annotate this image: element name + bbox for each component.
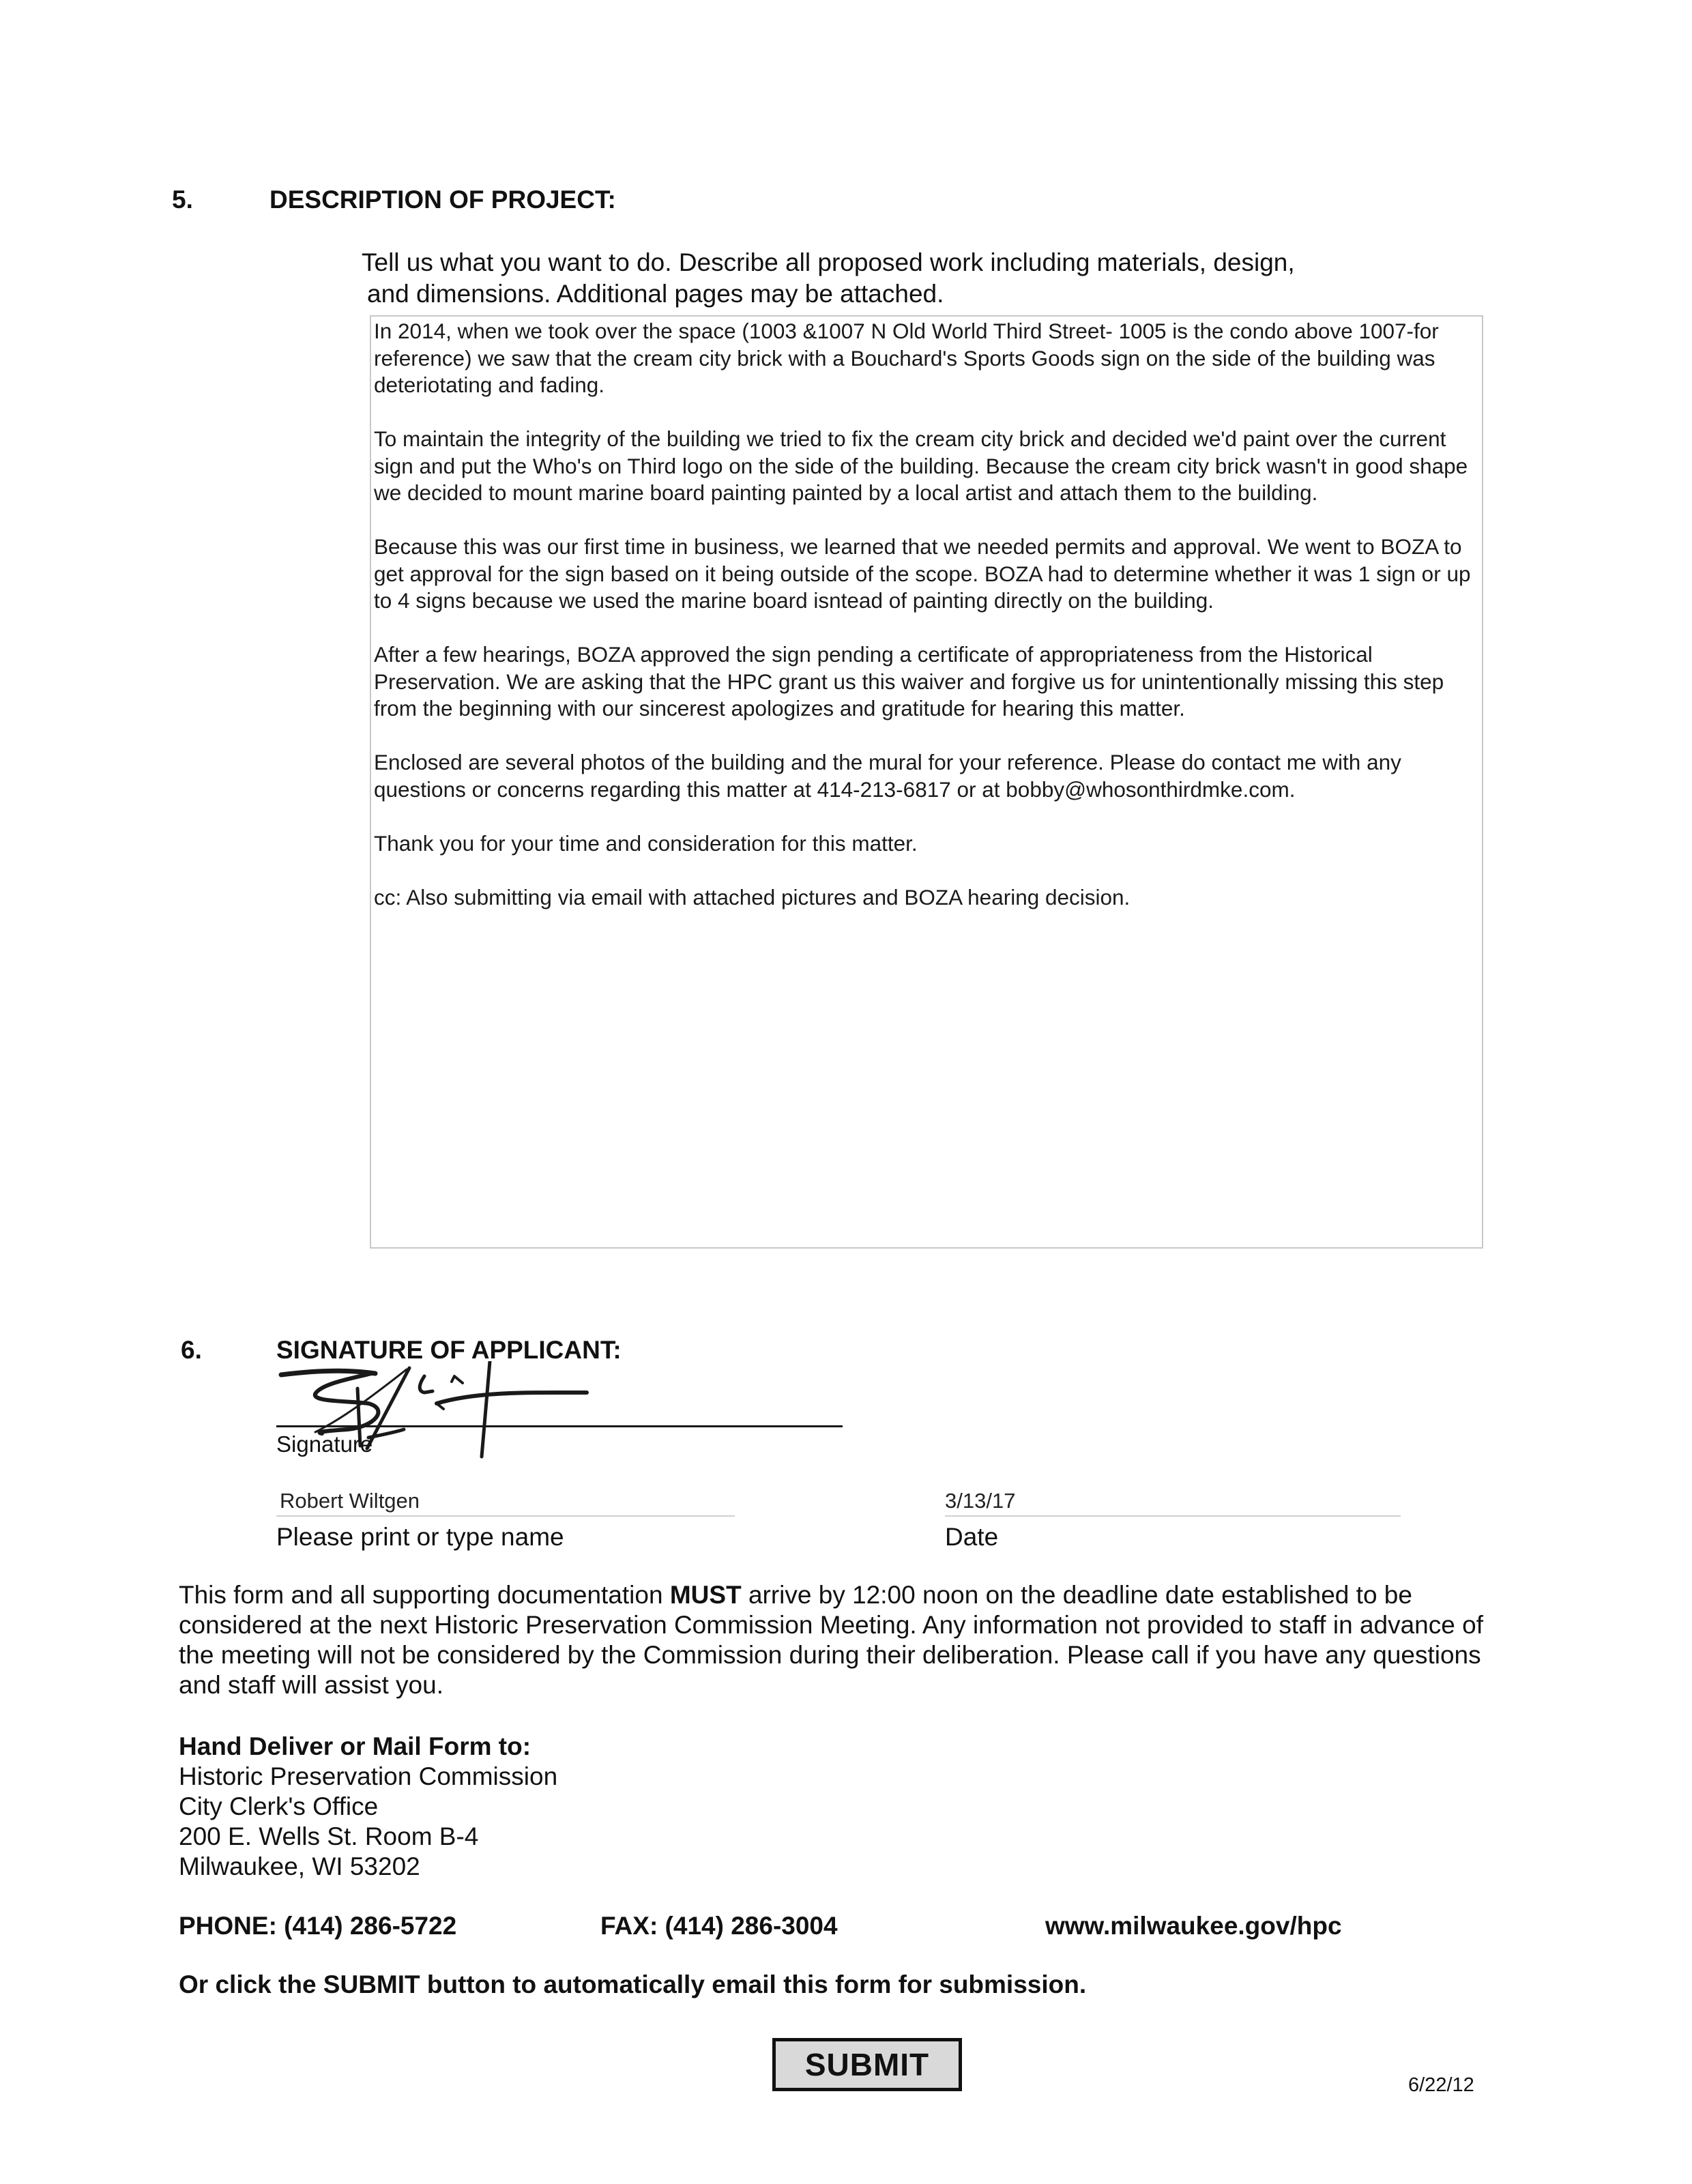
section-5-number: 5.: [172, 186, 193, 214]
date-field[interactable]: 3/13/17: [945, 1489, 1015, 1513]
address-line: 200 E. Wells St. Room B-4: [179, 1822, 557, 1852]
address-line: Historic Preservation Commission: [179, 1762, 557, 1792]
section-6-title: SIGNATURE OF APPLICANT:: [276, 1336, 622, 1365]
signature-label: Signature: [276, 1431, 373, 1457]
description-paragraph: To maintain the integrity of the buildin…: [374, 426, 1474, 507]
project-description-text: In 2014, when we took over the space (10…: [374, 318, 1474, 938]
description-paragraph: After a few hearings, BOZA approved the …: [374, 641, 1474, 723]
instructions-line-2: and dimensions. Additional pages may be …: [362, 278, 1521, 310]
deadline-notice: This form and all supporting documentati…: [179, 1580, 1516, 1700]
mailing-heading: Hand Deliver or Mail Form to:: [179, 1732, 557, 1762]
description-paragraph: In 2014, when we took over the space (10…: [374, 318, 1474, 399]
instructions-line-1: Tell us what you want to do. Describe al…: [362, 247, 1521, 278]
notice-text-start: This form and all supporting documentati…: [179, 1581, 670, 1609]
description-paragraph: Thank you for your time and consideratio…: [374, 830, 1474, 858]
submit-button[interactable]: SUBMIT: [772, 2038, 962, 2091]
phone-number: PHONE: (414) 286-5722: [179, 1912, 456, 1940]
applicant-name-label: Please print or type name: [276, 1523, 564, 1552]
mailing-address-block: Hand Deliver or Mail Form to: Historic P…: [179, 1732, 557, 1882]
applicant-name-field[interactable]: Robert Wiltgen: [280, 1489, 420, 1513]
applicant-name-underline: [276, 1515, 735, 1517]
submit-instruction: Or click the SUBMIT button to automatica…: [179, 1970, 1086, 1999]
website-link[interactable]: www.milwaukee.gov/hpc: [1045, 1912, 1342, 1940]
fax-number: FAX: (414) 286-3004: [600, 1912, 838, 1940]
date-underline: [945, 1515, 1401, 1517]
address-line: City Clerk's Office: [179, 1792, 557, 1822]
description-paragraph: Enclosed are several photos of the build…: [374, 749, 1474, 803]
section-6-number: 6.: [181, 1336, 202, 1365]
section-5-instructions: Tell us what you want to do. Describe al…: [362, 247, 1521, 310]
date-label: Date: [945, 1523, 998, 1552]
project-description-textarea[interactable]: In 2014, when we took over the space (10…: [370, 315, 1483, 1249]
description-paragraph: Because this was our first time in busin…: [374, 534, 1474, 615]
signature-line: [276, 1425, 843, 1427]
form-revision-date: 6/22/12: [1408, 2074, 1474, 2097]
section-5-title: DESCRIPTION OF PROJECT:: [269, 186, 616, 214]
description-paragraph: cc: Also submitting via email with attac…: [374, 884, 1474, 912]
notice-emphasis: MUST: [670, 1581, 742, 1609]
address-line: Milwaukee, WI 53202: [179, 1852, 557, 1882]
